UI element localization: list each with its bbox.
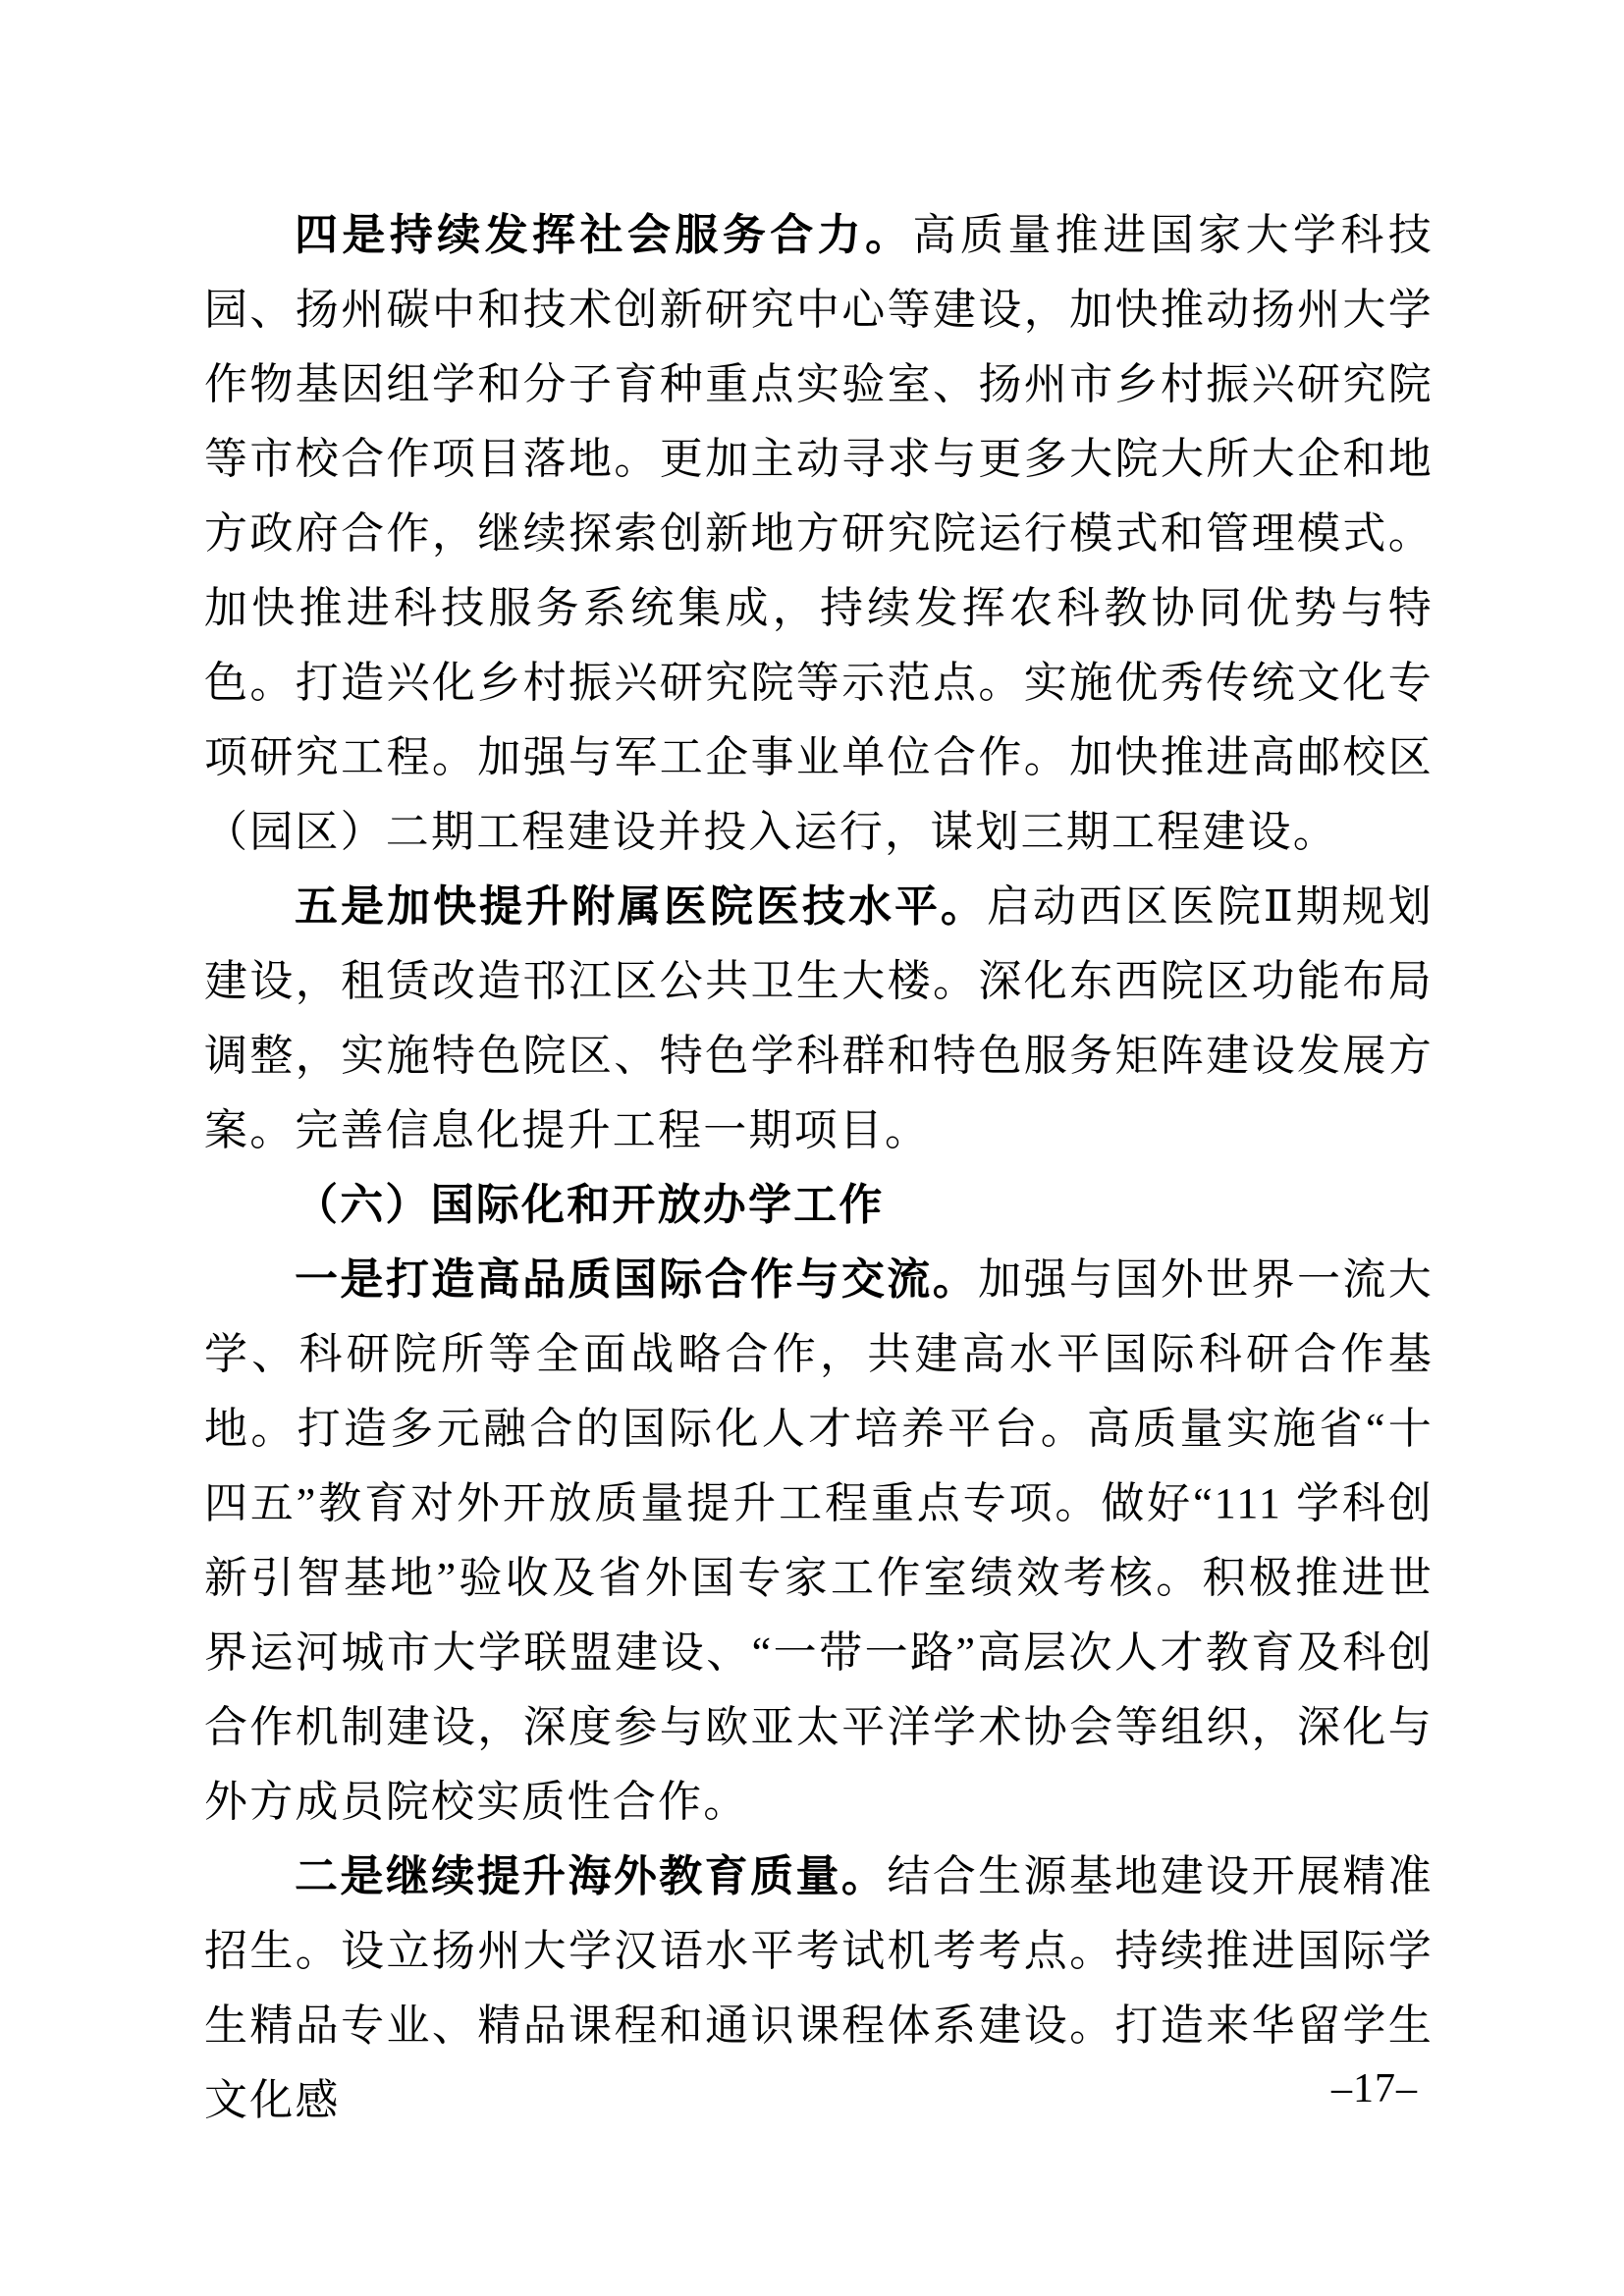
paragraph-body-international-cooperation: 加强与国外世界一流大学、科研院所等全面战略合作，共建高水平国际科研合作基地。打造…	[204, 1255, 1434, 1826]
paragraph-lead-hospital: 五是加快提升附属医院医技水平。	[295, 882, 987, 931]
paragraph-lead-social-service: 四是持续发挥社会服务合力。	[295, 211, 913, 259]
paragraph-overseas-education: 二是继续提升海外教育质量。结合生源基地建设开展精准招生。设立扬州大学汉语水平考试…	[204, 1840, 1434, 2138]
document-page: 四是持续发挥社会服务合力。高质量推进国家大学科技园、扬州碳中和技术创新研究中心等…	[0, 0, 1624, 2296]
paragraph-lead-international-cooperation: 一是打造高品质国际合作与交流。	[295, 1255, 978, 1304]
document-content: 四是持续发挥社会服务合力。高质量推进国家大学科技园、扬州碳中和技术创新研究中心等…	[204, 198, 1434, 2138]
paragraph-social-service: 四是持续发挥社会服务合力。高质量推进国家大学科技园、扬州碳中和技术创新研究中心等…	[204, 198, 1434, 870]
paragraph-international-cooperation: 一是打造高品质国际合作与交流。加强与国外世界一流大学、科研院所等全面战略合作，共…	[204, 1243, 1434, 1840]
paragraph-body-social-service: 高质量推进国家大学科技园、扬州碳中和技术创新研究中心等建设，加快推动扬州大学作物…	[204, 211, 1434, 856]
paragraph-hospital: 五是加快提升附属医院医技水平。启动西区医院Ⅱ期规划建设，租赁改造邗江区公共卫生大…	[204, 870, 1434, 1168]
paragraph-lead-overseas-education: 二是继续提升海外教育质量。	[295, 1852, 887, 1900]
section-heading-internationalization: （六）国际化和开放办学工作	[204, 1168, 1434, 1243]
page-number: –17–	[1331, 2065, 1418, 2112]
